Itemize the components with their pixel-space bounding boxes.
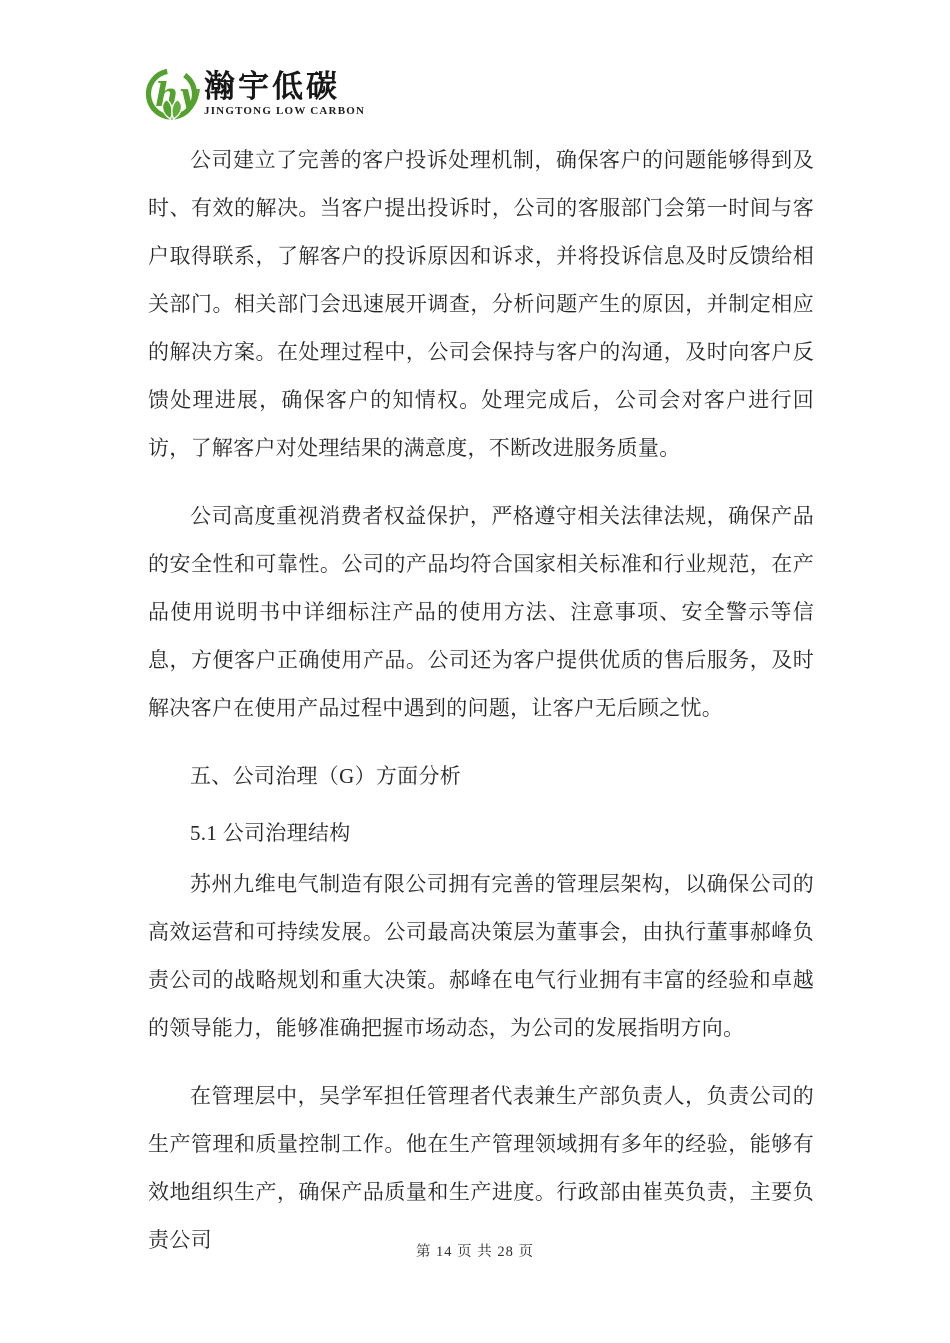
paragraph-management-team: 在管理层中，吴学军担任管理者代表兼生产部负责人，负责公司的生产管理和质量控制工作… [148,1072,814,1264]
paragraph-governance-structure: 苏州九维电气制造有限公司拥有完善的管理层架构，以确保公司的高效运营和可持续发展。… [148,860,814,1052]
company-logo: hy 瀚宇低碳 JINGTONG LOW CARBON [144,65,814,123]
page-number-indicator: 第 14 页 共 28 页 [416,1244,534,1260]
document-page: hy 瀚宇低碳 JINGTONG LOW CARBON 公司建立了完善的客户投诉… [148,65,814,1284]
paragraph-consumer-protection: 公司高度重视消费者权益保护，严格遵守相关法律法规，确保产品的安全性和可靠性。公司… [148,492,814,732]
subsection-heading-structure: 5.1 公司治理结构 [148,809,814,857]
brand-name-english: JINGTONG LOW CARBON [204,105,365,117]
leaf-circle-logo-icon: hy [144,65,202,123]
brand-name-chinese: 瀚宇低碳 [204,71,365,104]
section-heading-governance: 五、公司治理（G）方面分析 [148,752,814,800]
paragraph-complaint-handling: 公司建立了完善的客户投诉处理机制，确保客户的问题能够得到及时、有效的解决。当客户… [148,136,814,472]
brand-text-block: 瀚宇低碳 JINGTONG LOW CARBON [204,71,365,118]
page-footer: 第 14 页 共 28 页 [0,1240,950,1261]
